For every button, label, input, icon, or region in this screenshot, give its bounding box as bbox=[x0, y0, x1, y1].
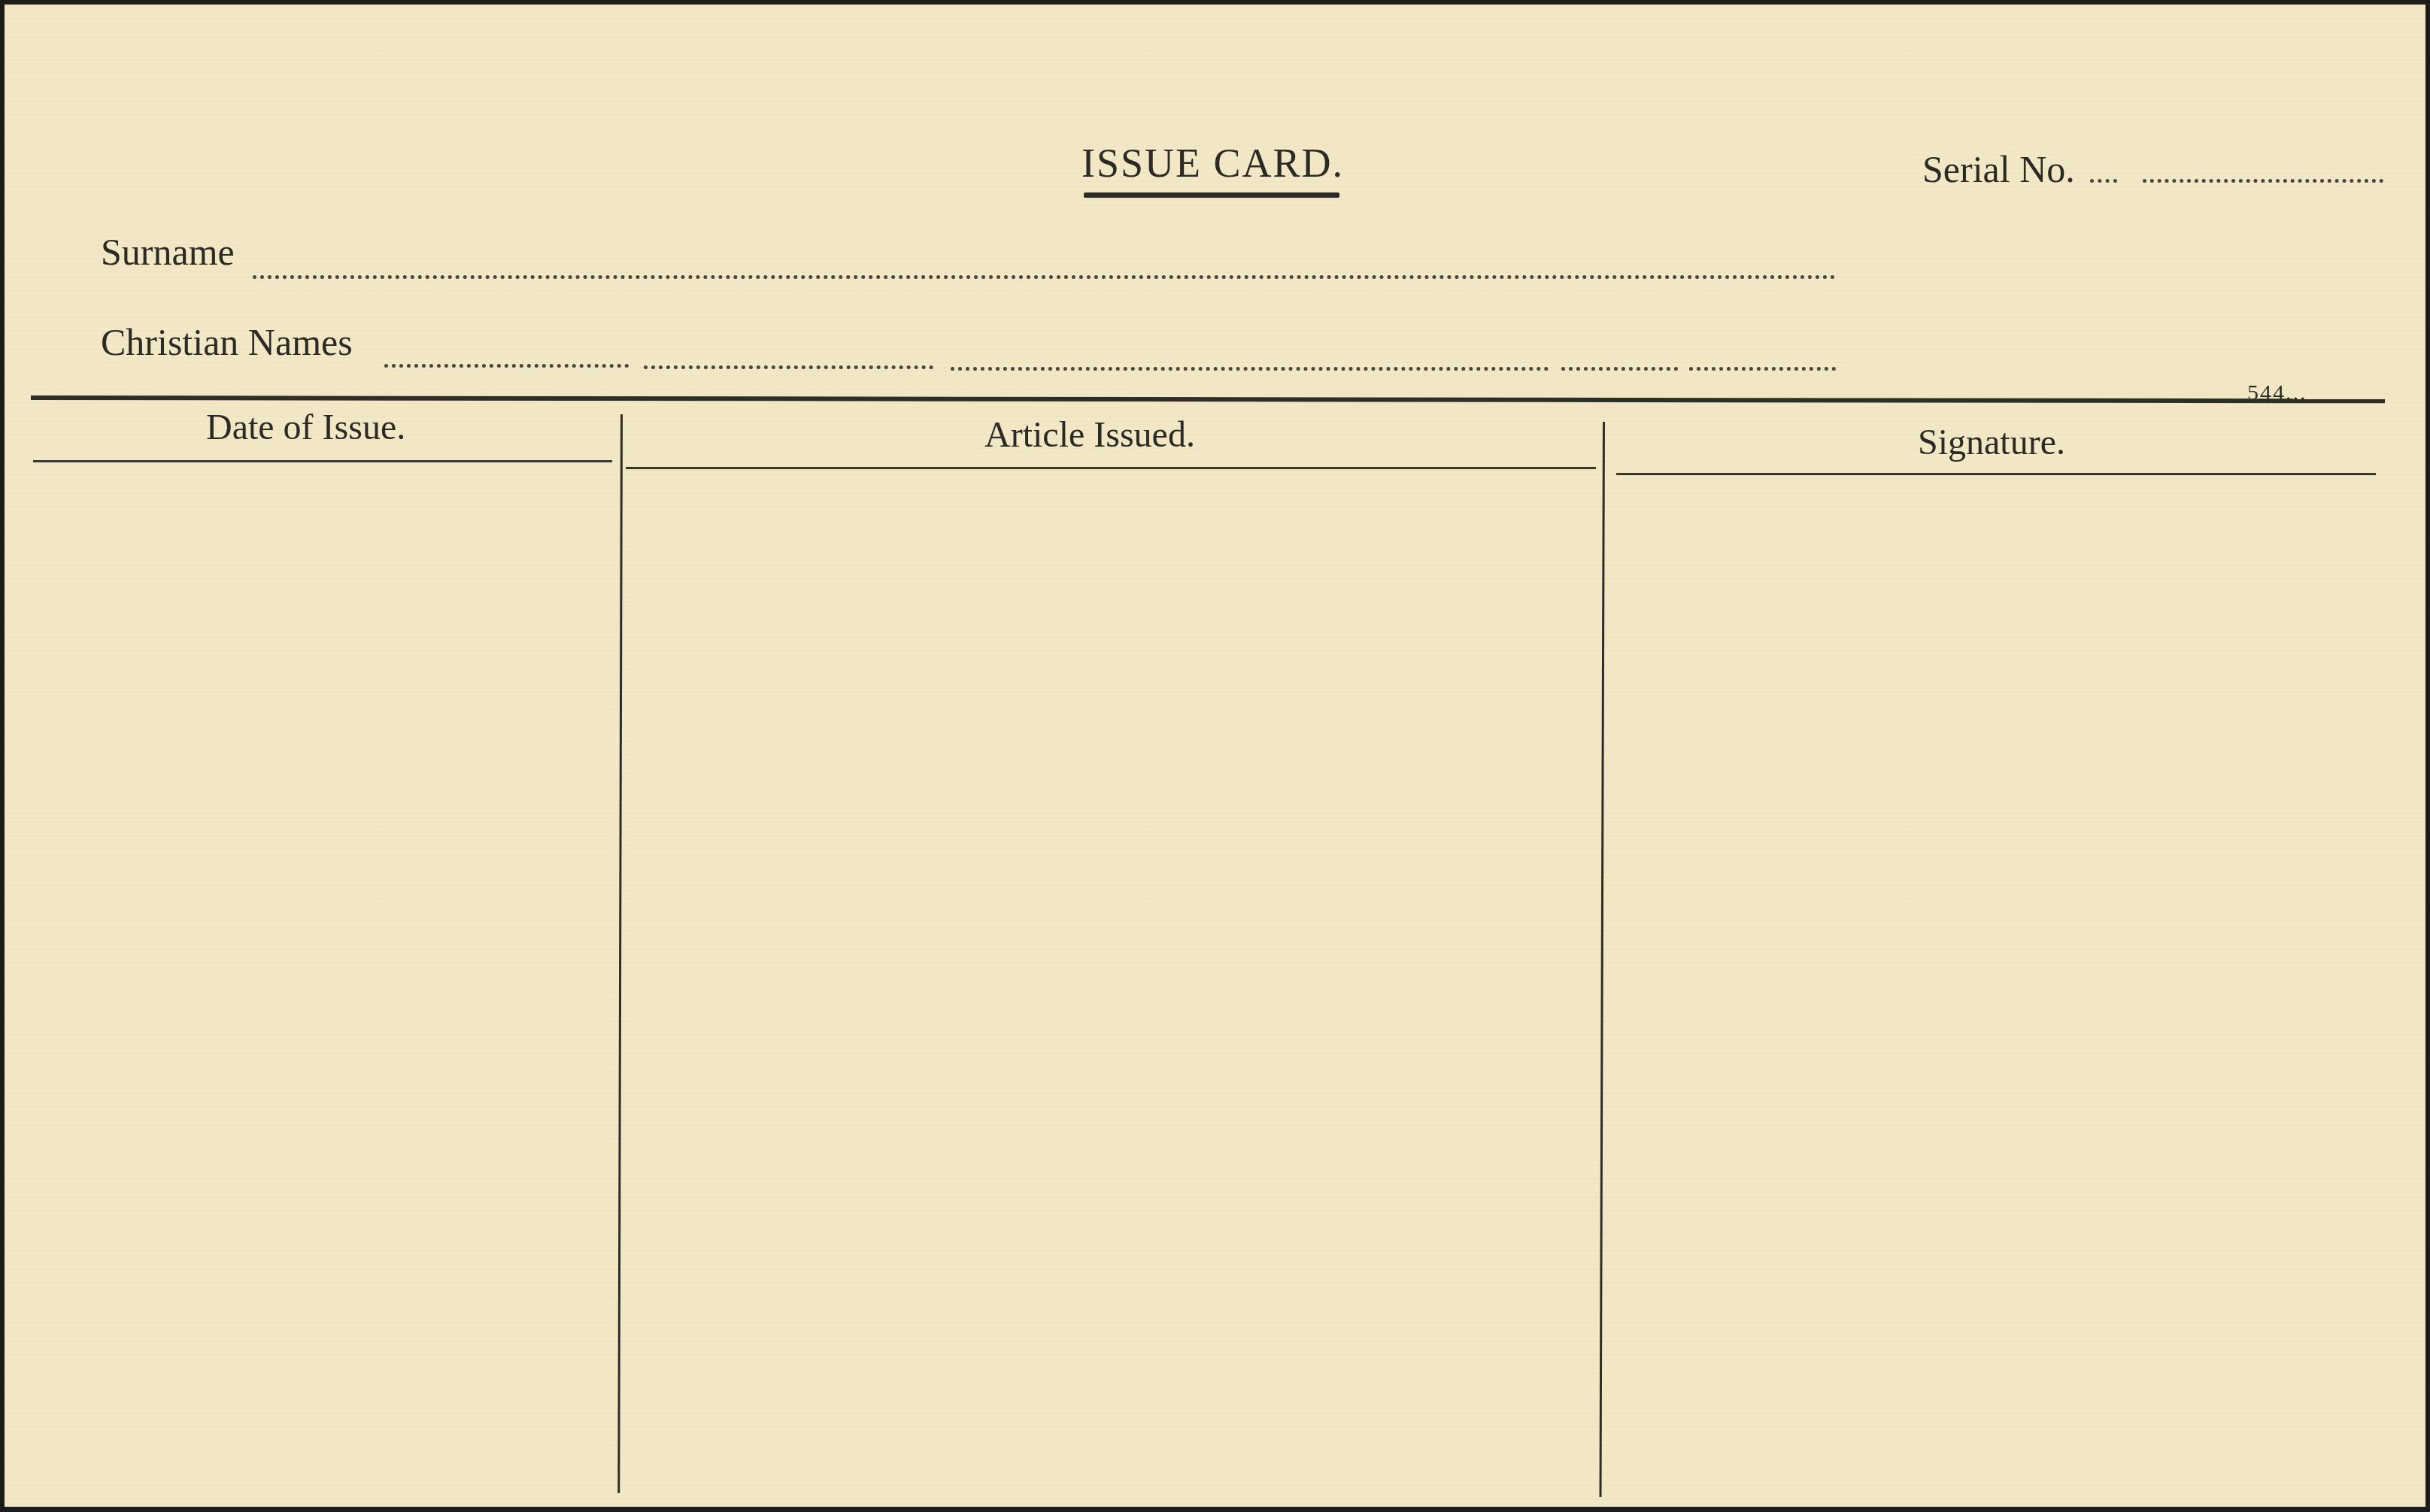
column-header-article-issued: Article Issued. bbox=[984, 414, 1195, 456]
issue-card: ISSUE CARD. Serial No. Surname Christian… bbox=[5, 5, 2425, 1507]
date-header-underline bbox=[33, 460, 612, 462]
christian-names-field-part-3[interactable] bbox=[951, 367, 1549, 371]
christian-names-field-part-5[interactable] bbox=[1689, 367, 1836, 371]
serial-number-label: Serial No. bbox=[1922, 147, 2075, 191]
christian-names-label: Christian Names bbox=[101, 320, 353, 364]
surname-label: Surname bbox=[101, 230, 235, 274]
serial-number-field-continued[interactable] bbox=[2143, 179, 2383, 183]
serial-number-field[interactable] bbox=[2090, 179, 2117, 183]
signature-header-underline bbox=[1616, 473, 2376, 475]
header-divider bbox=[31, 395, 2385, 403]
article-header-underline bbox=[626, 467, 1596, 469]
title-underline bbox=[1084, 192, 1339, 198]
column-divider-1 bbox=[617, 414, 623, 1493]
date-of-issue-column[interactable] bbox=[33, 467, 616, 1497]
article-issued-column[interactable] bbox=[626, 474, 1600, 1497]
signature-column[interactable] bbox=[1610, 478, 2385, 1497]
card-title: ISSUE CARD. bbox=[1082, 140, 1344, 186]
column-header-date-of-issue: Date of Issue. bbox=[206, 407, 405, 448]
column-header-signature: Signature. bbox=[1918, 422, 2065, 463]
column-divider-2 bbox=[1600, 422, 1605, 1497]
christian-names-field-part-2[interactable] bbox=[644, 365, 933, 369]
christian-names-field-part-4[interactable] bbox=[1561, 367, 1678, 371]
surname-field[interactable] bbox=[253, 275, 1836, 279]
christian-names-field[interactable] bbox=[384, 364, 629, 368]
